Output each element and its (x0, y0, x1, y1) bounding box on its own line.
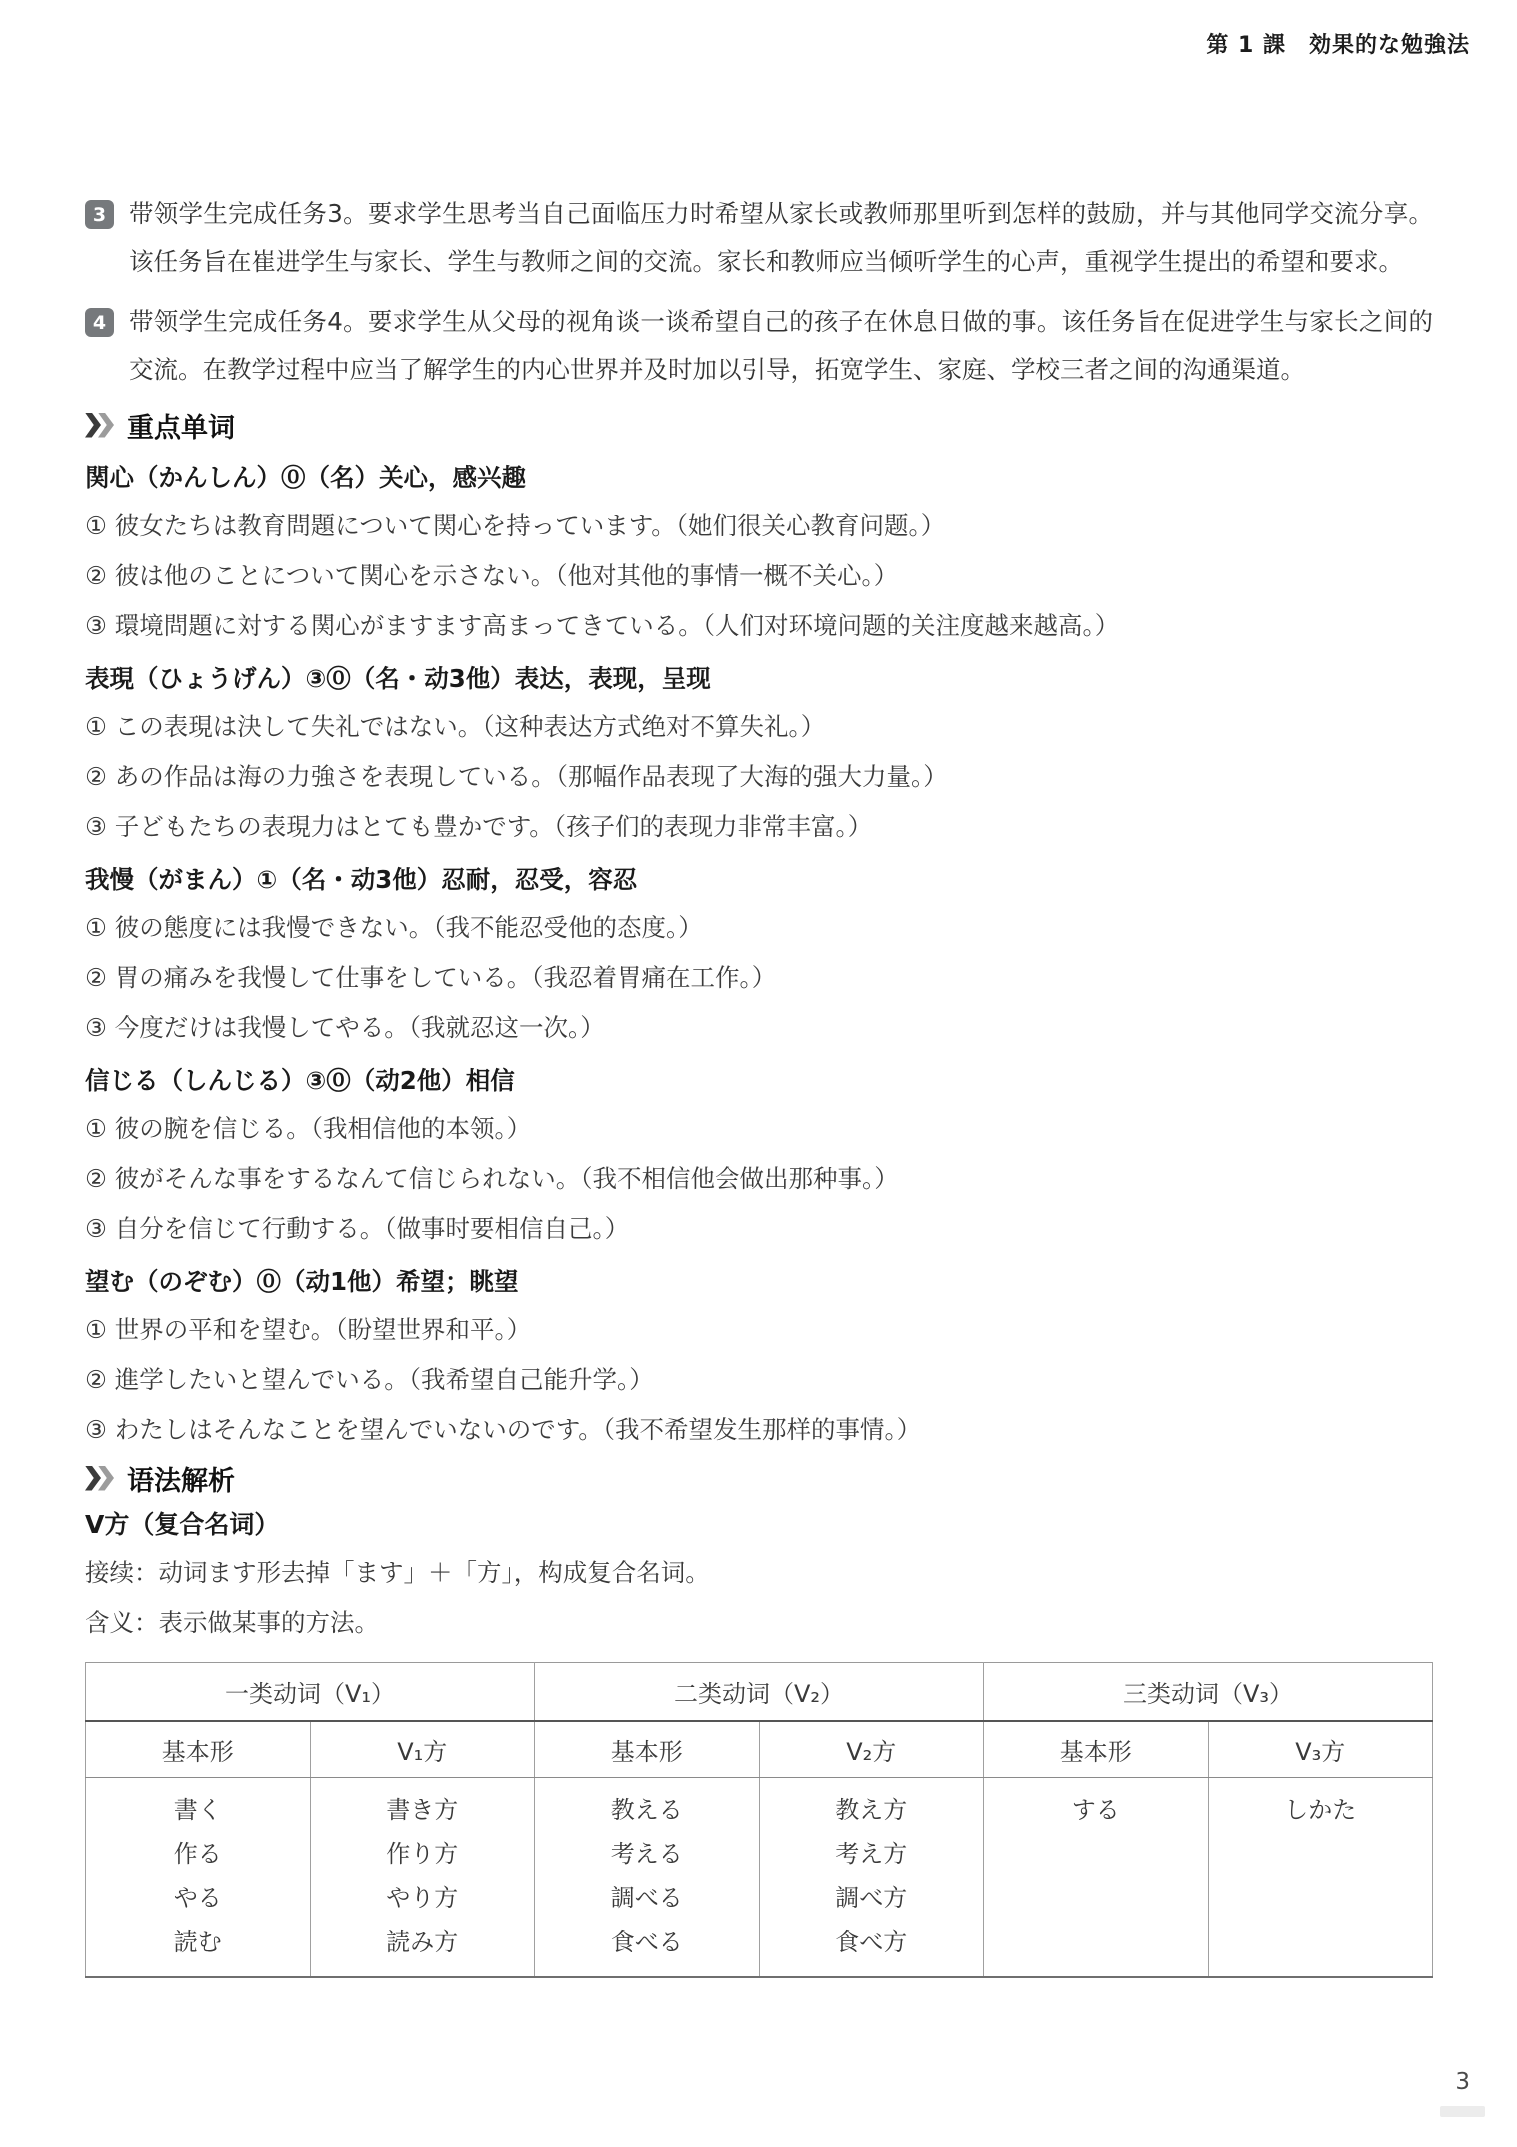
vocab-example: ③ 今度だけは我慢してやる。（我就忍这一次。） (85, 1010, 1433, 1045)
vocab-example: ② あの作品は海の力強さを表現している。（那幅作品表现了大海的强大力量。） (85, 759, 1433, 794)
vocab-headword: 表現（ひょうげん）③⓪（名・动3他）表达，表现，呈现 (85, 663, 1433, 694)
table-cell: しかた (1208, 1778, 1433, 1978)
table-word: 調べる (535, 1876, 759, 1920)
table-word: 教える (535, 1788, 759, 1832)
vocab-example: ① 世界の平和を望む。（盼望世界和平。） (85, 1312, 1433, 1347)
table-group-header: 三类动词（V₃） (984, 1663, 1433, 1721)
table-word: 作る (86, 1832, 310, 1876)
textbook-page: 第 1 課 効果的な勉強法 3 带领学生完成任务3。要求学生思考当自己面临压力时… (0, 0, 1517, 2147)
table-word: する (984, 1788, 1208, 1832)
vocab-example: ① 彼の腕を信じる。（我相信他的本领。） (85, 1111, 1433, 1146)
grammar-point-title: V方（复合名词） (85, 1509, 1433, 1540)
vocab-headword: 望む（のぞむ）⓪（动1他）希望；眺望 (85, 1266, 1433, 1297)
table-sub-header: V₃方 (1208, 1721, 1433, 1778)
table-cell: 教える 考える 調べる 食べる (535, 1778, 760, 1978)
vocab-entry: 表現（ひょうげん）③⓪（名・动3他）表达，表现，呈现 ① この表現は決して失礼で… (85, 663, 1433, 844)
table-word: 教え方 (760, 1788, 984, 1832)
grammar-connection: 接续：动词ます形去掉「ます」＋「方」，构成复合名词。 (85, 1555, 1433, 1590)
table-word: 作り方 (311, 1832, 535, 1876)
vocab-example: ③ 自分を信じて行動する。（做事时要相信自己。） (85, 1211, 1433, 1246)
table-cell: 書き方 作り方 やり方 読み方 (310, 1778, 535, 1978)
section-title-label: 语法解析 (127, 1459, 235, 1498)
table-group-header: 一类动词（V₁） (86, 1663, 535, 1721)
vocab-headword: 我慢（がまん）①（名・动3他）忍耐，忍受，容忍 (85, 864, 1433, 895)
table-word: 読む (86, 1920, 310, 1964)
double-chevron-icon (85, 413, 114, 438)
table-word: やり方 (311, 1876, 535, 1920)
table-word: 書き方 (311, 1788, 535, 1832)
table-sub-header: V₁方 (310, 1721, 535, 1778)
page-content: 3 带领学生完成任务3。要求学生思考当自己面临压力时希望从家长或教师那里听到怎样… (85, 190, 1433, 1978)
double-chevron-icon (85, 1466, 114, 1491)
table-word: 食べる (535, 1920, 759, 1964)
vocab-example: ② 胃の痛みを我慢して仕事をしている。（我忍着胃痛在工作。） (85, 960, 1433, 995)
table-sub-header: 基本形 (86, 1721, 311, 1778)
vocab-example: ③ 環境問題に対する関心がますます高まってきている。（人们对环境问题的关注度越来… (85, 608, 1433, 643)
task-text: 带领学生完成任务3。要求学生思考当自己面临压力时希望从家长或教师那里听到怎样的鼓… (129, 190, 1433, 286)
table-word: やる (86, 1876, 310, 1920)
table-cell: 教え方 考え方 調べ方 食べ方 (759, 1778, 984, 1978)
verb-kata-table: 一类动词（V₁） 二类动词（V₂） 三类动词（V₃） 基本形 V₁方 基本形 V… (85, 1662, 1433, 1978)
task-number-badge: 4 (85, 308, 114, 337)
vocab-section-title: 重点单词 (85, 408, 1433, 442)
vocab-example: ② 進学したいと望んでいる。（我希望自己能升学。） (85, 1362, 1433, 1397)
table-word: 読み方 (311, 1920, 535, 1964)
vocab-example: ① この表現は決して失礼ではない。（这种表达方式绝对不算失礼。） (85, 709, 1433, 744)
table-word: しかた (1209, 1788, 1433, 1832)
task-item-3: 3 带领学生完成任务3。要求学生思考当自己面临压力时希望从家长或教师那里听到怎样… (85, 190, 1433, 286)
table-word: 考え方 (760, 1832, 984, 1876)
vocab-entry: 我慢（がまん）①（名・动3他）忍耐，忍受，容忍 ① 彼の態度には我慢できない。（… (85, 864, 1433, 1045)
vocab-headword: 信じる（しんじる）③⓪（动2他）相信 (85, 1065, 1433, 1096)
table-sub-header: V₂方 (759, 1721, 984, 1778)
vocab-entry: 望む（のぞむ）⓪（动1他）希望；眺望 ① 世界の平和を望む。（盼望世界和平。） … (85, 1266, 1433, 1447)
vocab-example: ③ 子どもたちの表現力はとても豊かです。（孩子们的表现力非常丰富。） (85, 809, 1433, 844)
page-number: 3 (1455, 2069, 1470, 2095)
vocab-example: ① 彼の態度には我慢できない。（我不能忍受他的态度。） (85, 910, 1433, 945)
table-word: 食べ方 (760, 1920, 984, 1964)
table-sub-header: 基本形 (984, 1721, 1209, 1778)
table-word: 考える (535, 1832, 759, 1876)
vocab-example: ② 彼は他のことについて関心を示さない。（他对其他的事情一概不关心。） (85, 558, 1433, 593)
vocab-headword: 関心（かんしん）⓪（名）关心，感兴趣 (85, 462, 1433, 493)
grammar-meaning: 含义：表示做某事的方法。 (85, 1605, 1433, 1640)
vocab-example: ② 彼がそんな事をするなんて信じられない。（我不相信他会做出那种事。） (85, 1161, 1433, 1196)
grammar-section-title: 语法解析 (85, 1461, 1433, 1495)
vocab-entry: 関心（かんしん）⓪（名）关心，感兴趣 ① 彼女たちは教育問題について関心を持って… (85, 462, 1433, 643)
table-cell: する (984, 1778, 1209, 1978)
vocab-entry: 信じる（しんじる）③⓪（动2他）相信 ① 彼の腕を信じる。（我相信他的本领。） … (85, 1065, 1433, 1246)
task-number-badge: 3 (85, 200, 114, 229)
table-word: 書く (86, 1788, 310, 1832)
corner-decoration (1440, 2106, 1485, 2117)
table-word: 調べ方 (760, 1876, 984, 1920)
section-title-label: 重点单词 (127, 406, 235, 445)
table-sub-header: 基本形 (535, 1721, 760, 1778)
table-cell: 書く 作る やる 読む (86, 1778, 311, 1978)
task-item-4: 4 带领学生完成任务4。要求学生从父母的视角谈一谈希望自己的孩子在休息日做的事。… (85, 298, 1433, 394)
table-group-header: 二类动词（V₂） (535, 1663, 984, 1721)
running-header: 第 1 課 効果的な勉強法 (1206, 28, 1470, 59)
vocab-example: ③ わたしはそんなことを望んでいないのです。（我不希望发生那样的事情。） (85, 1412, 1433, 1447)
task-text: 带领学生完成任务4。要求学生从父母的视角谈一谈希望自己的孩子在休息日做的事。该任… (129, 298, 1433, 394)
vocab-example: ① 彼女たちは教育問題について関心を持っています。（她们很关心教育问题。） (85, 508, 1433, 543)
